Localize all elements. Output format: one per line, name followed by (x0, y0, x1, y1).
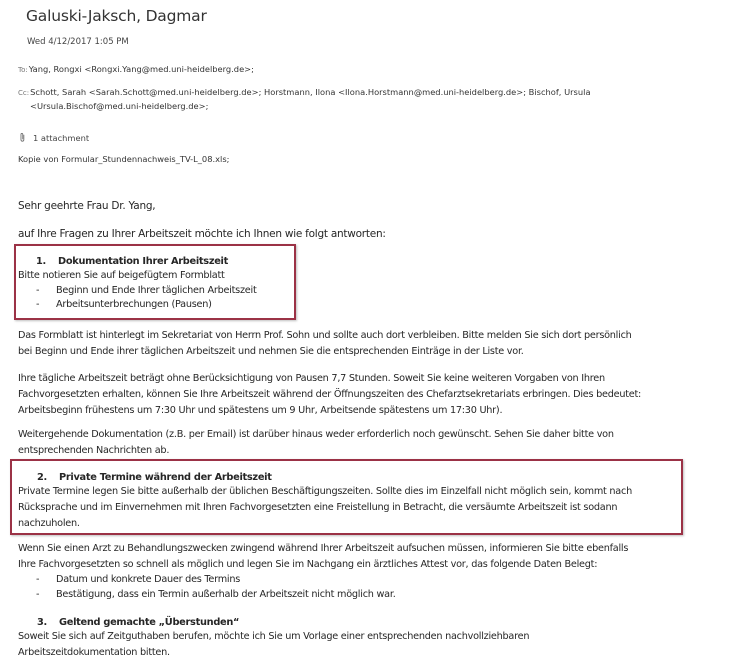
bullet-dash: - (36, 589, 56, 600)
section1-heading: 1.Dokumentation Ihrer Arbeitszeit (36, 256, 228, 267)
text-line: entsprechenden Nachrichten ab. (18, 443, 614, 459)
bullet-text: Arbeitsunterbrechungen (Pausen) (56, 299, 212, 310)
to-recipients[interactable]: To:Yang, Rongxi <Rongxi.Yang@med.uni-hei… (18, 63, 254, 77)
section2-title: Private Termine während der Arbeitszeit (59, 472, 272, 483)
section3-text: Soweit Sie sich auf Zeitguthaben berufen… (18, 629, 529, 661)
cc-recipients[interactable]: Cc:Schott, Sarah <Sarah.Schott@med.uni-h… (18, 86, 718, 113)
paragraph-formblatt: Das Formblatt ist hinterlegt im Sekretar… (18, 328, 632, 360)
section2-text: Private Termine legen Sie bitte außerhal… (18, 484, 632, 532)
bullet-dash: - (36, 574, 56, 585)
attachment-summary[interactable]: 1 attachment (18, 132, 89, 143)
arzt-bullet: -Bestätigung, dass ein Termin außerhalb … (36, 589, 396, 600)
section1-bullet: -Beginn und Ende Ihrer täglichen Arbeits… (36, 285, 257, 296)
attachment-file[interactable]: Kopie von Formular_Stundennachweis_TV-L_… (18, 154, 229, 164)
text-line: nachzuholen. (18, 516, 632, 532)
paperclip-icon (18, 132, 27, 143)
section1-number: 1. (36, 256, 58, 267)
text-line: Soweit Sie sich auf Zeitguthaben berufen… (18, 629, 529, 645)
text-line: Fachvorgesetzten erhalten, können Sie Ih… (18, 387, 641, 403)
text-line: Arbeitszeitdokumentation bitten. (18, 645, 529, 661)
paragraph-arbeitszeit: Ihre tägliche Arbeitszeit beträgt ohne B… (18, 371, 641, 419)
section3-heading: 3.Geltend gemachte „Überstunden“ (37, 617, 239, 628)
text-line: Wenn Sie einen Arzt zu Behandlungszwecke… (18, 541, 628, 557)
cc-addresses-cont[interactable]: <Ursula.Bischof@med.uni-heidelberg.de>; (18, 100, 718, 113)
sent-date: Wed 4/12/2017 1:05 PM (27, 37, 129, 47)
bullet-dash: - (36, 285, 56, 296)
bullet-text: Datum und konkrete Dauer des Termins (56, 574, 240, 585)
section2-number: 2. (37, 472, 59, 483)
arzt-bullet: -Datum und konkrete Dauer des Termins (36, 574, 240, 585)
section3-title: Geltend gemachte „Überstunden“ (59, 617, 239, 628)
section2-heading: 2.Private Termine während der Arbeitszei… (37, 472, 272, 483)
bullet-text: Bestätigung, dass ein Termin außerhalb d… (56, 589, 396, 600)
paragraph-arzt: Wenn Sie einen Arzt zu Behandlungszwecke… (18, 541, 628, 573)
cc-label: Cc: (18, 89, 29, 97)
bullet-text: Beginn und Ende Ihrer täglichen Arbeitsz… (56, 285, 257, 296)
cc-addresses[interactable]: Schott, Sarah <Sarah.Schott@med.uni-heid… (30, 87, 590, 97)
text-line: Das Formblatt ist hinterlegt im Sekretar… (18, 328, 632, 344)
text-line: Rücksprache und im Einvernehmen mit Ihre… (18, 500, 632, 516)
text-line: Ihre Fachvorgesetzten so schnell als mög… (18, 557, 628, 573)
attachment-count: 1 attachment (33, 133, 89, 143)
text-line: bei Beginn und Ende ihrer täglichen Arbe… (18, 344, 632, 360)
section3-number: 3. (37, 617, 59, 628)
bullet-dash: - (36, 299, 56, 310)
text-line: Arbeitsbeginn frühestens um 7:30 Uhr und… (18, 403, 641, 419)
section1-lead: Bitte notieren Sie auf beigefügtem Formb… (18, 268, 225, 284)
text-line: Weitergehende Dokumentation (z.B. per Em… (18, 427, 614, 443)
text-line: Private Termine legen Sie bitte außerhal… (18, 484, 632, 500)
sender-name[interactable]: Galuski-Jaksch, Dagmar (26, 7, 207, 25)
greeting: Sehr geehrte Frau Dr. Yang, (18, 198, 155, 214)
section1-title: Dokumentation Ihrer Arbeitszeit (58, 256, 228, 267)
intro: auf Ihre Fragen zu Ihrer Arbeitszeit möc… (18, 226, 386, 242)
section1-bullet: -Arbeitsunterbrechungen (Pausen) (36, 299, 212, 310)
text-line: Ihre tägliche Arbeitszeit beträgt ohne B… (18, 371, 641, 387)
to-address[interactable]: Yang, Rongxi <Rongxi.Yang@med.uni-heidel… (29, 64, 254, 74)
paragraph-dokumentation: Weitergehende Dokumentation (z.B. per Em… (18, 427, 614, 459)
to-label: To: (18, 66, 28, 74)
